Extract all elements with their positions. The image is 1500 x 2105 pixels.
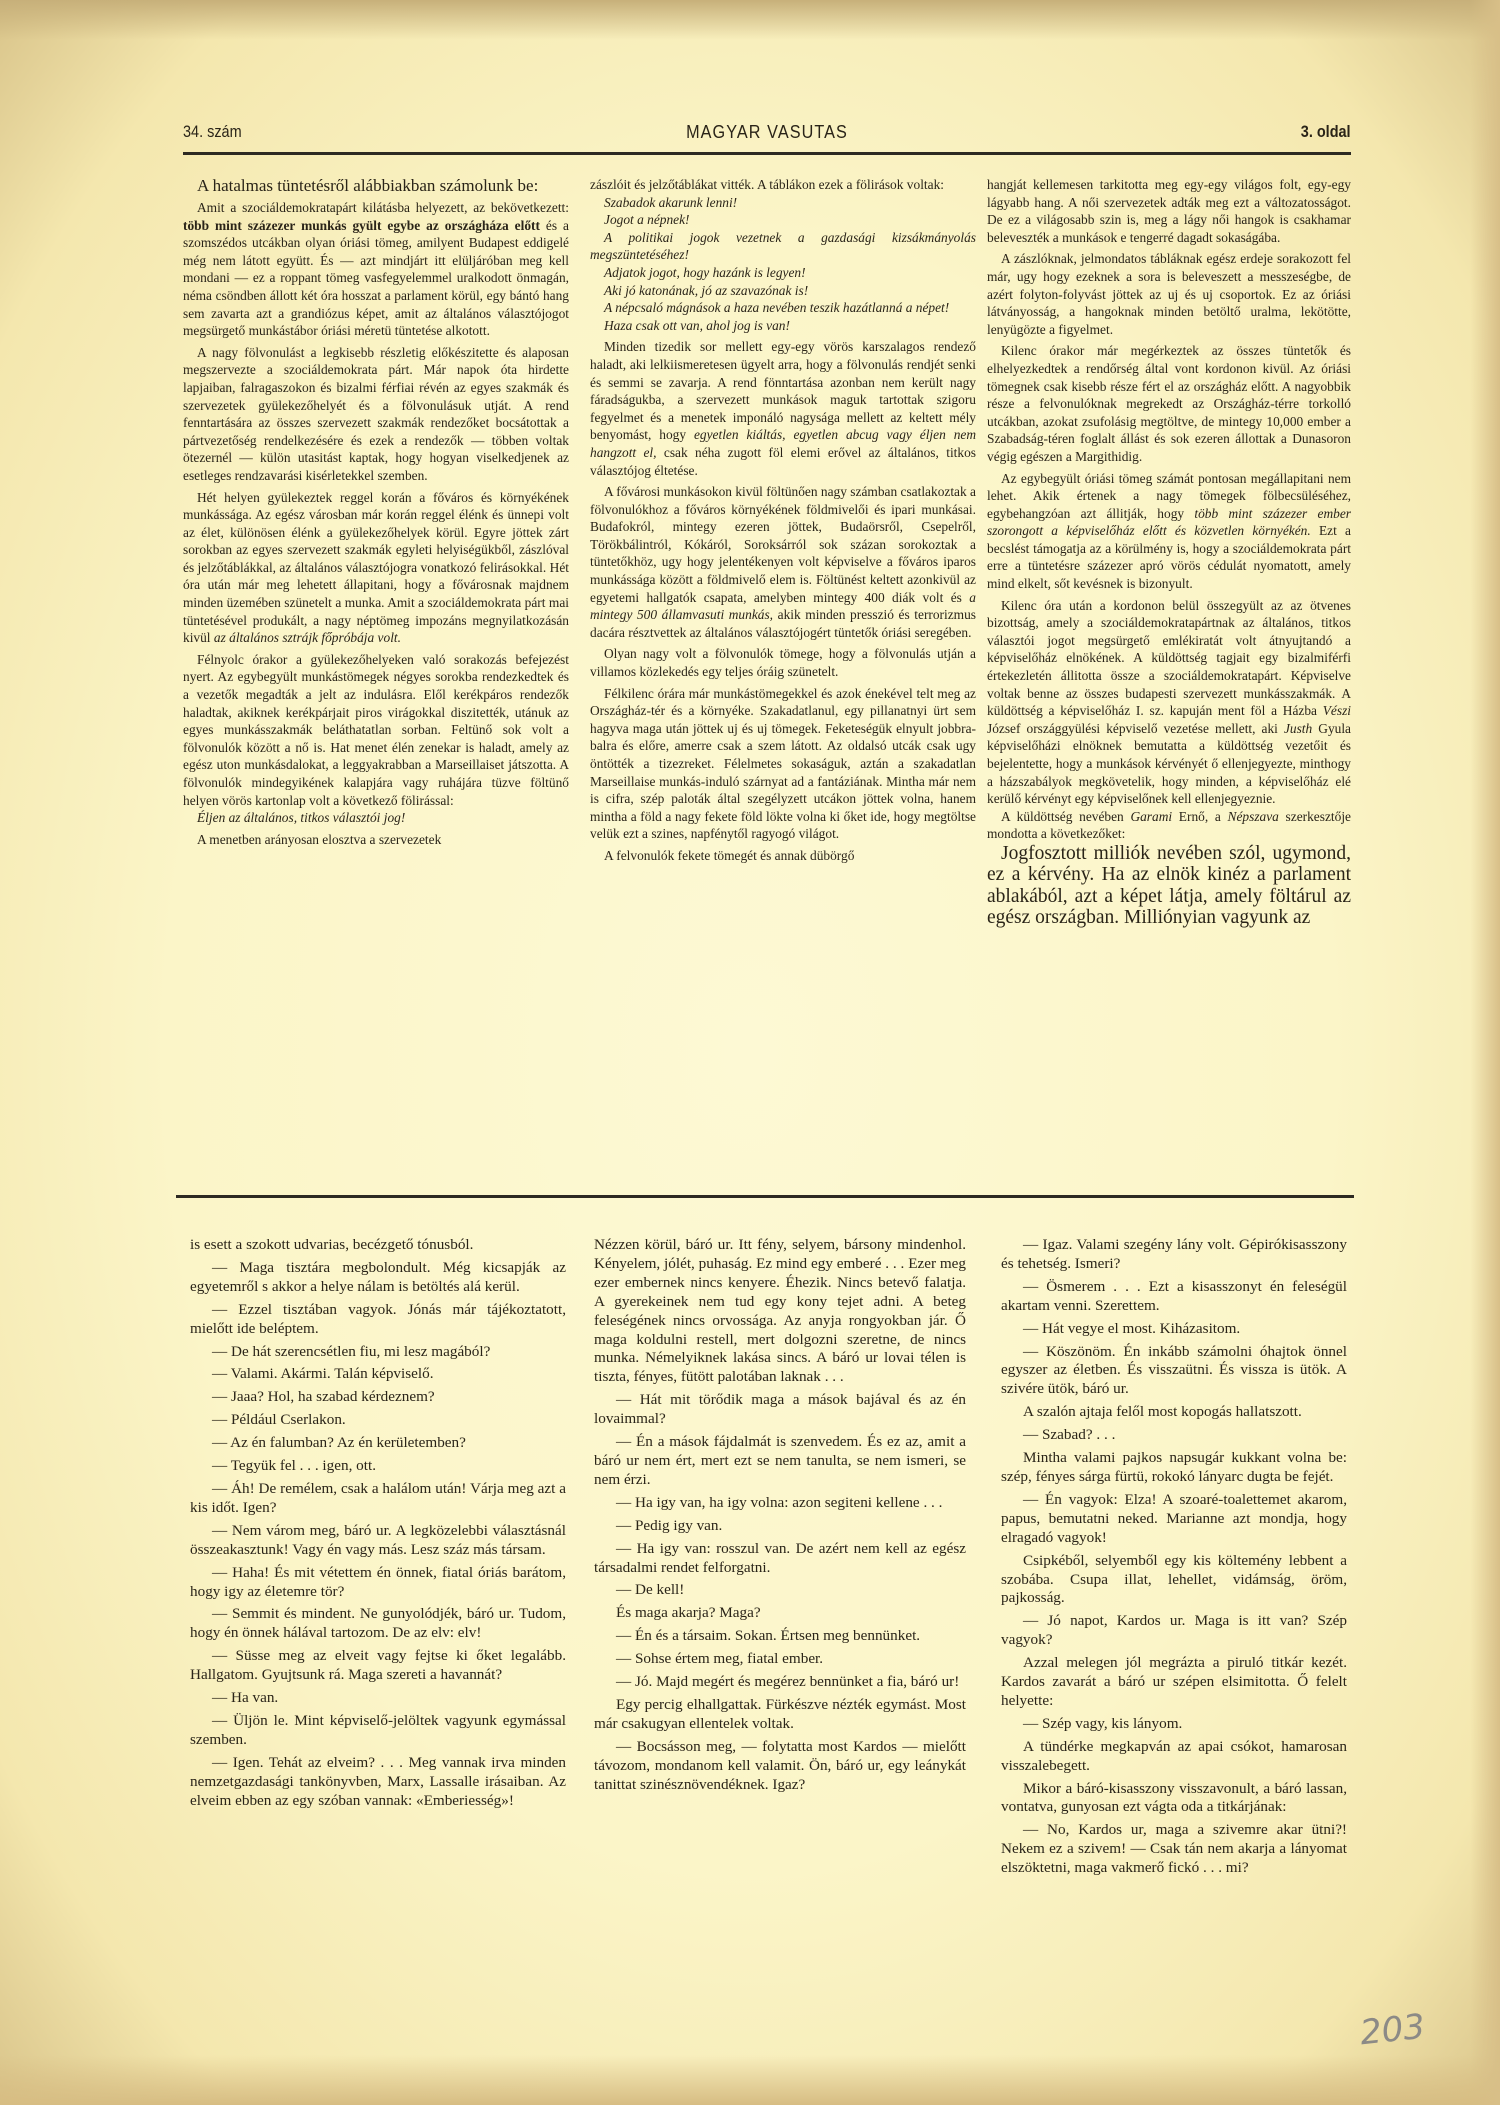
paragraph: — Jaaa? Hol, ha szabad kérdeznem? <box>190 1388 566 1407</box>
paragraph: — Maga tisztára megbolondult. Még kicsap… <box>190 1259 566 1297</box>
paragraph: Azzal melegen jól megrázta a piruló titk… <box>1001 1654 1347 1711</box>
paragraph: — Köszönöm. Én inkább számolni óhajtok ö… <box>1001 1343 1347 1400</box>
lead-paragraph: A hatalmas tüntetésről alábbiakban számo… <box>183 176 569 195</box>
paragraph: — Ezzel tisztában vagyok. Jónás már tájé… <box>190 1301 566 1339</box>
paragraph: A felvonulók fekete tömegét és annak düb… <box>590 847 976 865</box>
paragraph: Az egybegyült óriási tömeg számát pontos… <box>987 470 1351 593</box>
newspaper-page: 34. szám MAGYAR VASUTAS 3. oldal A hatal… <box>0 0 1500 2105</box>
paragraph: — Valami. Akármi. Talán képviselő. <box>190 1365 566 1384</box>
paragraph: Amit a szociáldemokratapárt kilátásba he… <box>183 199 569 340</box>
paragraph: — Ha igy van: rosszul van. De azért nem … <box>594 1540 966 1578</box>
paragraph: Egy percig elhallgattak. Fürkészve nézté… <box>594 1696 966 1734</box>
paragraph: Nézzen körül, báró ur. Itt fény, selyem,… <box>594 1236 966 1387</box>
paragraph: — De kell! <box>594 1581 966 1600</box>
paragraph: Hét helyen gyülekeztek reggel korán a fő… <box>183 489 569 647</box>
paragraph: A nagy fölvonulást a legkisebb részletig… <box>183 344 569 485</box>
paragraph: — Jó. Majd megért és megérez bennünket a… <box>594 1673 966 1692</box>
paragraph: — Áh! De remélem, csak a halálom után! V… <box>190 1480 566 1518</box>
paragraph: — Igaz. Valami szegény lány volt. Gépiró… <box>1001 1236 1347 1274</box>
page-number: 3. oldal <box>1301 122 1351 142</box>
article-column-1: A hatalmas tüntetésről alábbiakban számo… <box>183 176 569 848</box>
paragraph: — Hát mit törődik maga a mások bajával é… <box>594 1391 966 1429</box>
slogan-line: Adjatok jogot, hogy hazánk is legyen! <box>590 264 976 282</box>
story-column-3: — Igaz. Valami szegény lány volt. Gépiró… <box>1001 1236 1347 1878</box>
paragraph: — Süsse meg az elveit vagy fejtse ki őke… <box>190 1647 566 1685</box>
paragraph: Félnyolc órakor a gyülekezőhelyeken való… <box>183 651 569 809</box>
paragraph: — Ha van. <box>190 1689 566 1708</box>
paragraph: Mintha valami pajkos napsugár kukkant vo… <box>1001 1449 1347 1487</box>
paragraph: A küldöttség nevében Garami Ernő, a Néps… <box>987 808 1351 843</box>
paragraph: Félkilenc órára már munkástömegekkel és … <box>590 685 976 843</box>
paragraph: — Haha! És mit vétettem én önnek, fiatal… <box>190 1564 566 1602</box>
quoted-speech: Jogfosztott milliók nevében szól, ugymon… <box>987 843 1351 929</box>
paragraph: — Szép vagy, kis lányom. <box>1001 1715 1347 1734</box>
paragraph: A zászlóknak, jelmondatos tábláknak egés… <box>987 250 1351 338</box>
paragraph: A fővárosi munkásokon kivül föltünően na… <box>590 483 976 641</box>
paragraph: — Üljön le. Mint képviselő-jelöltek vagy… <box>190 1712 566 1750</box>
paragraph: — Bocsásson meg, — folytatta most Kardos… <box>594 1738 966 1795</box>
article-column-2: zászlóit és jelzőtáblákat vitték. A tábl… <box>590 176 976 865</box>
paragraph: — Ösmerem . . . Ezt a kisasszonyt én fel… <box>1001 1278 1347 1316</box>
paragraph: hangját kellemesen tarkitotta meg egy-eg… <box>987 176 1351 246</box>
section-divider <box>176 1195 1354 1198</box>
paragraph: A szalón ajtaja felől most kopogás halla… <box>1001 1403 1347 1422</box>
newspaper-title: MAGYAR VASUTAS <box>241 122 1292 143</box>
slogan-line: Jogot a népnek! <box>590 211 976 229</box>
paragraph: — Pedig igy van. <box>594 1517 966 1536</box>
story-column-1: is esett a szokott udvarias, becézgető t… <box>190 1236 566 1810</box>
story-column-2: Nézzen körül, báró ur. Itt fény, selyem,… <box>594 1236 966 1794</box>
paragraph: — Semmit és mindent. Ne gunyolódjék, bár… <box>190 1605 566 1643</box>
paragraph: És maga akarja? Maga? <box>594 1604 966 1623</box>
paragraph: — Én vagyok: Elza! A szoaré-toalettemet … <box>1001 1491 1347 1548</box>
paragraph: — Az én falumban? Az én kerületemben? <box>190 1434 566 1453</box>
slogan-line: Szabadok akarunk lenni! <box>590 194 976 212</box>
paragraph: — Én a mások fájdalmát is szenvedem. És … <box>594 1433 966 1490</box>
paragraph: A tündérke megkapván az apai csókot, ham… <box>1001 1738 1347 1776</box>
paragraph: — Hát vegye el most. Kiházasitom. <box>1001 1320 1347 1339</box>
paragraph: — Például Cserlakon. <box>190 1411 566 1430</box>
issue-number: 34. szám <box>183 122 242 142</box>
paragraph: — Nem várom meg, báró ur. A legközelebbi… <box>190 1522 566 1560</box>
paragraph: — Én és a társaim. Sokan. Értsen meg ben… <box>594 1627 966 1646</box>
paragraph: — Jó napot, Kardos ur. Maga is itt van? … <box>1001 1612 1347 1650</box>
paragraph: — Ha igy van, ha igy volna: azon segiten… <box>594 1494 966 1513</box>
paragraph: — Sohse értem meg, fiatal ember. <box>594 1650 966 1669</box>
paragraph: Minden tizedik sor mellett egy-egy vörös… <box>590 338 976 479</box>
paragraph: — Tegyük fel . . . igen, ott. <box>190 1457 566 1476</box>
pencil-page-annotation: 203 <box>1358 2007 1427 2054</box>
paragraph: zászlóit és jelzőtáblákat vitték. A tábl… <box>590 176 976 194</box>
paragraph: is esett a szokott udvarias, becézgető t… <box>190 1236 566 1255</box>
slogan-line: A politikai jogok vezetnek a gazdasági k… <box>590 229 976 264</box>
paragraph: Kilenc óra után a kordonon belül összegy… <box>987 597 1351 808</box>
paragraph: — De hát szerencsétlen fiu, mi lesz magá… <box>190 1343 566 1362</box>
paragraph: Olyan nagy volt a fölvonulók tömege, hog… <box>590 645 976 680</box>
slogan-line: Éljen az általános, titkos választói jog… <box>183 809 569 827</box>
paragraph: Csipkéből, selyemből egy kis költemény l… <box>1001 1552 1347 1609</box>
page-header: 34. szám MAGYAR VASUTAS 3. oldal <box>183 122 1351 150</box>
paragraph: — Igen. Tehát az elveim? . . . Meg vanna… <box>190 1754 566 1811</box>
slogan-line: Aki jó katonának, jó az szavazónak is! <box>590 282 976 300</box>
paragraph: Kilenc órakor már megérkeztek az összes … <box>987 342 1351 465</box>
article-column-3: hangját kellemesen tarkitotta meg egy-eg… <box>987 176 1351 929</box>
paragraph: — No, Kardos ur, maga a szivemre akar üt… <box>1001 1821 1347 1878</box>
slogan-line: A népcsaló mágnások a haza nevében teszi… <box>590 299 976 317</box>
header-rule <box>183 152 1351 155</box>
slogan-line: Haza csak ott van, ahol jog is van! <box>590 317 976 335</box>
paragraph: A menetben arányosan elosztva a szerveze… <box>183 831 569 849</box>
paragraph: — Szabad? . . . <box>1001 1426 1347 1445</box>
paragraph: Mikor a báró-kisasszony visszavonult, a … <box>1001 1780 1347 1818</box>
